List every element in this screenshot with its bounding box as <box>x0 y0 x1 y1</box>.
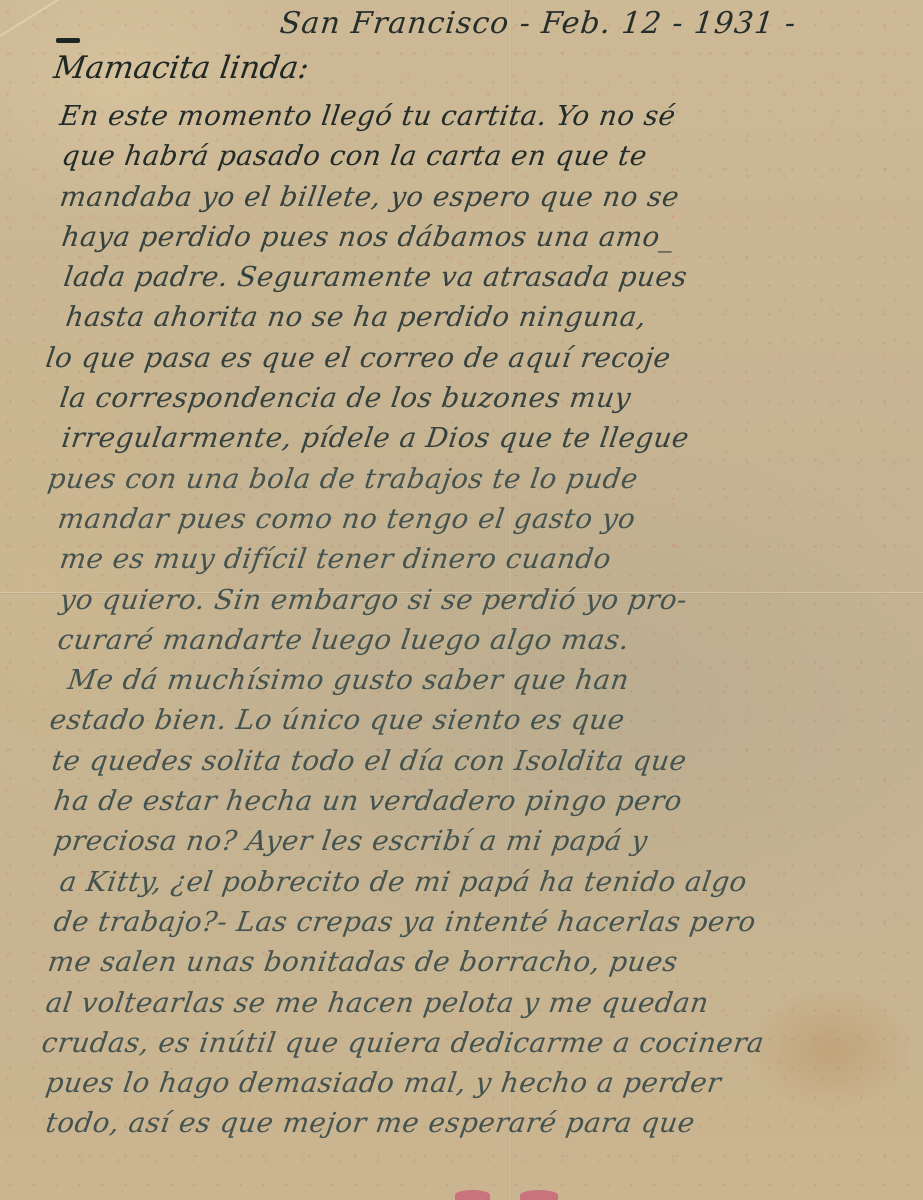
letter-page: San Francisco - Feb. 12 - 1931 - Mamacit… <box>0 0 923 1200</box>
letter-line: me salen unas bonitadas de borracho, pue… <box>35 942 911 982</box>
letter-line: crudas, es inútil que quiera dedicarme a… <box>35 1023 911 1063</box>
salutation: Mamacita linda: <box>51 50 311 86</box>
letter-line: hasta ahorita no se ha perdido ninguna, <box>35 297 911 337</box>
letter-line: mandaba yo el billete, yo espero que no … <box>35 177 911 217</box>
place-date-heading: San Francisco - Feb. 12 - 1931 - <box>278 6 798 41</box>
letter-body: En este momento llegó tu cartita. Yo no … <box>38 96 908 1144</box>
letter-line: a Kitty, ¿el pobrecito de mi papá ha ten… <box>35 862 911 902</box>
letter-line: lada padre. Seguramente va atrasada pues <box>35 257 911 297</box>
letter-line: yo quiero. Sin embargo si se perdió yo p… <box>35 580 911 620</box>
letter-line: pues con una bola de trabajos te lo pude <box>35 459 911 499</box>
letter-line: curaré mandarte luego luego algo mas. <box>35 620 911 660</box>
letter-line: irregularmente, pídele a Dios que te lle… <box>35 418 911 458</box>
letter-line: Me dá muchísimo gusto saber que han <box>35 660 911 700</box>
letter-line: la correspondencia de los buzones muy <box>35 378 911 418</box>
pink-stain <box>455 1190 490 1200</box>
letter-line: te quedes solita todo el día con Isoldit… <box>35 741 911 781</box>
ink-dash-mark <box>56 38 80 43</box>
letter-line: ha de estar hecha un verdadero pingo per… <box>35 781 911 821</box>
letter-line: estado bien. Lo único que siento es que <box>35 700 911 740</box>
letter-line: que habrá pasado con la carta en que te <box>35 136 911 176</box>
letter-line: lo que pasa es que el correo de aquí rec… <box>35 338 911 378</box>
letter-line: todo, así es que mejor me esperaré para … <box>35 1103 911 1143</box>
letter-line: mandar pues como no tengo el gasto yo <box>35 499 911 539</box>
pink-stain <box>520 1190 558 1200</box>
letter-line: haya perdido pues nos dábamos una amo_ <box>35 217 911 257</box>
letter-line: me es muy difícil tener dinero cuando <box>35 539 911 579</box>
letter-line: al voltearlas se me hacen pelota y me qu… <box>35 983 911 1023</box>
letter-line: En este momento llegó tu cartita. Yo no … <box>35 96 911 136</box>
letter-line: de trabajo?- Las crepas ya intenté hacer… <box>35 902 911 942</box>
letter-line: pues lo hago demasiado mal, y hecho a pe… <box>35 1063 911 1103</box>
letter-line: preciosa no? Ayer les escribí a mi papá … <box>35 821 911 861</box>
